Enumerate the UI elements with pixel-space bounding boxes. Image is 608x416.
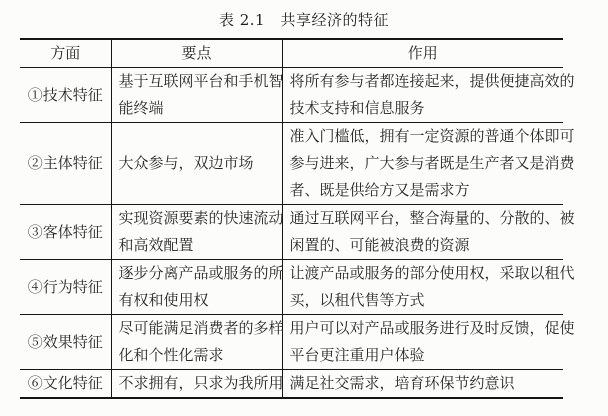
cell-points: 不求拥有，只求为我所用: [111, 370, 282, 399]
cell-aspect: ②主体特征: [20, 123, 111, 205]
cell-aspect: ④行为特征: [20, 260, 111, 315]
table-row: ④行为特征 逐步分离产品或服务的所 有权和使用权 让渡产品或服务的部分使用权，采…: [20, 260, 563, 315]
cell-effect: 满足社交需求，培育环保节约意识: [282, 370, 563, 399]
table-row: ②主体特征 大众参与，双边市场 准入门槛低，拥有一定资源的普通个体即可 参与进来…: [20, 123, 563, 205]
header-cell-points: 要点: [111, 39, 282, 68]
cell-points: 尽可能满足消费者的多样 化和个性化需求: [111, 315, 282, 370]
characteristics-table: 方面 要点 作用 ①技术特征 基于互联网平台和手机智 能终端 将所有参与者都连接…: [20, 38, 563, 399]
header-cell-effect: 作用: [282, 39, 563, 68]
header-cell-aspect: 方面: [20, 39, 111, 68]
cell-points: 实现资源要素的快速流动 和高效配置: [111, 205, 282, 260]
table-row: ③客体特征 实现资源要素的快速流动 和高效配置 通过互联网平台，整合海量的、分散…: [20, 205, 563, 260]
cell-effect: 将所有参与者都连接起来，提供便捷高效的 技术支持和信息服务: [282, 68, 563, 123]
cell-aspect: ⑥文化特征: [20, 370, 111, 399]
cell-effect: 用户可以对产品或服务进行及时反馈，促使 平台更注重用户体验: [282, 315, 563, 370]
cell-points: 基于互联网平台和手机智 能终端: [111, 68, 282, 123]
cell-points: 逐步分离产品或服务的所 有权和使用权: [111, 260, 282, 315]
table-caption: 表 2.1 共享经济的特征: [0, 0, 608, 30]
cell-effect: 准入门槛低，拥有一定资源的普通个体即可 参与进来，广大参与者既是生产者又是消费 …: [282, 123, 563, 205]
table-row: ⑤效果特征 尽可能满足消费者的多样 化和个性化需求 用户可以对产品或服务进行及时…: [20, 315, 563, 370]
cell-points: 大众参与，双边市场: [111, 123, 282, 205]
cell-aspect: ①技术特征: [20, 68, 111, 123]
table-row: ⑥文化特征 不求拥有，只求为我所用 满足社交需求，培育环保节约意识: [20, 370, 563, 399]
cell-effect: 通过互联网平台，整合海量的、分散的、被 闲置的、可能被浪费的资源: [282, 205, 563, 260]
cell-aspect: ③客体特征: [20, 205, 111, 260]
cell-effect: 让渡产品或服务的部分使用权，采取以租代 买，以租代售等方式: [282, 260, 563, 315]
table-header-row: 方面 要点 作用: [20, 39, 563, 68]
document-page: 表 2.1 共享经济的特征 方面 要点 作用 ①技术特征 基于互联网平台和手机智…: [0, 0, 608, 416]
cell-aspect: ⑤效果特征: [20, 315, 111, 370]
table-row: ①技术特征 基于互联网平台和手机智 能终端 将所有参与者都连接起来，提供便捷高效…: [20, 68, 563, 123]
